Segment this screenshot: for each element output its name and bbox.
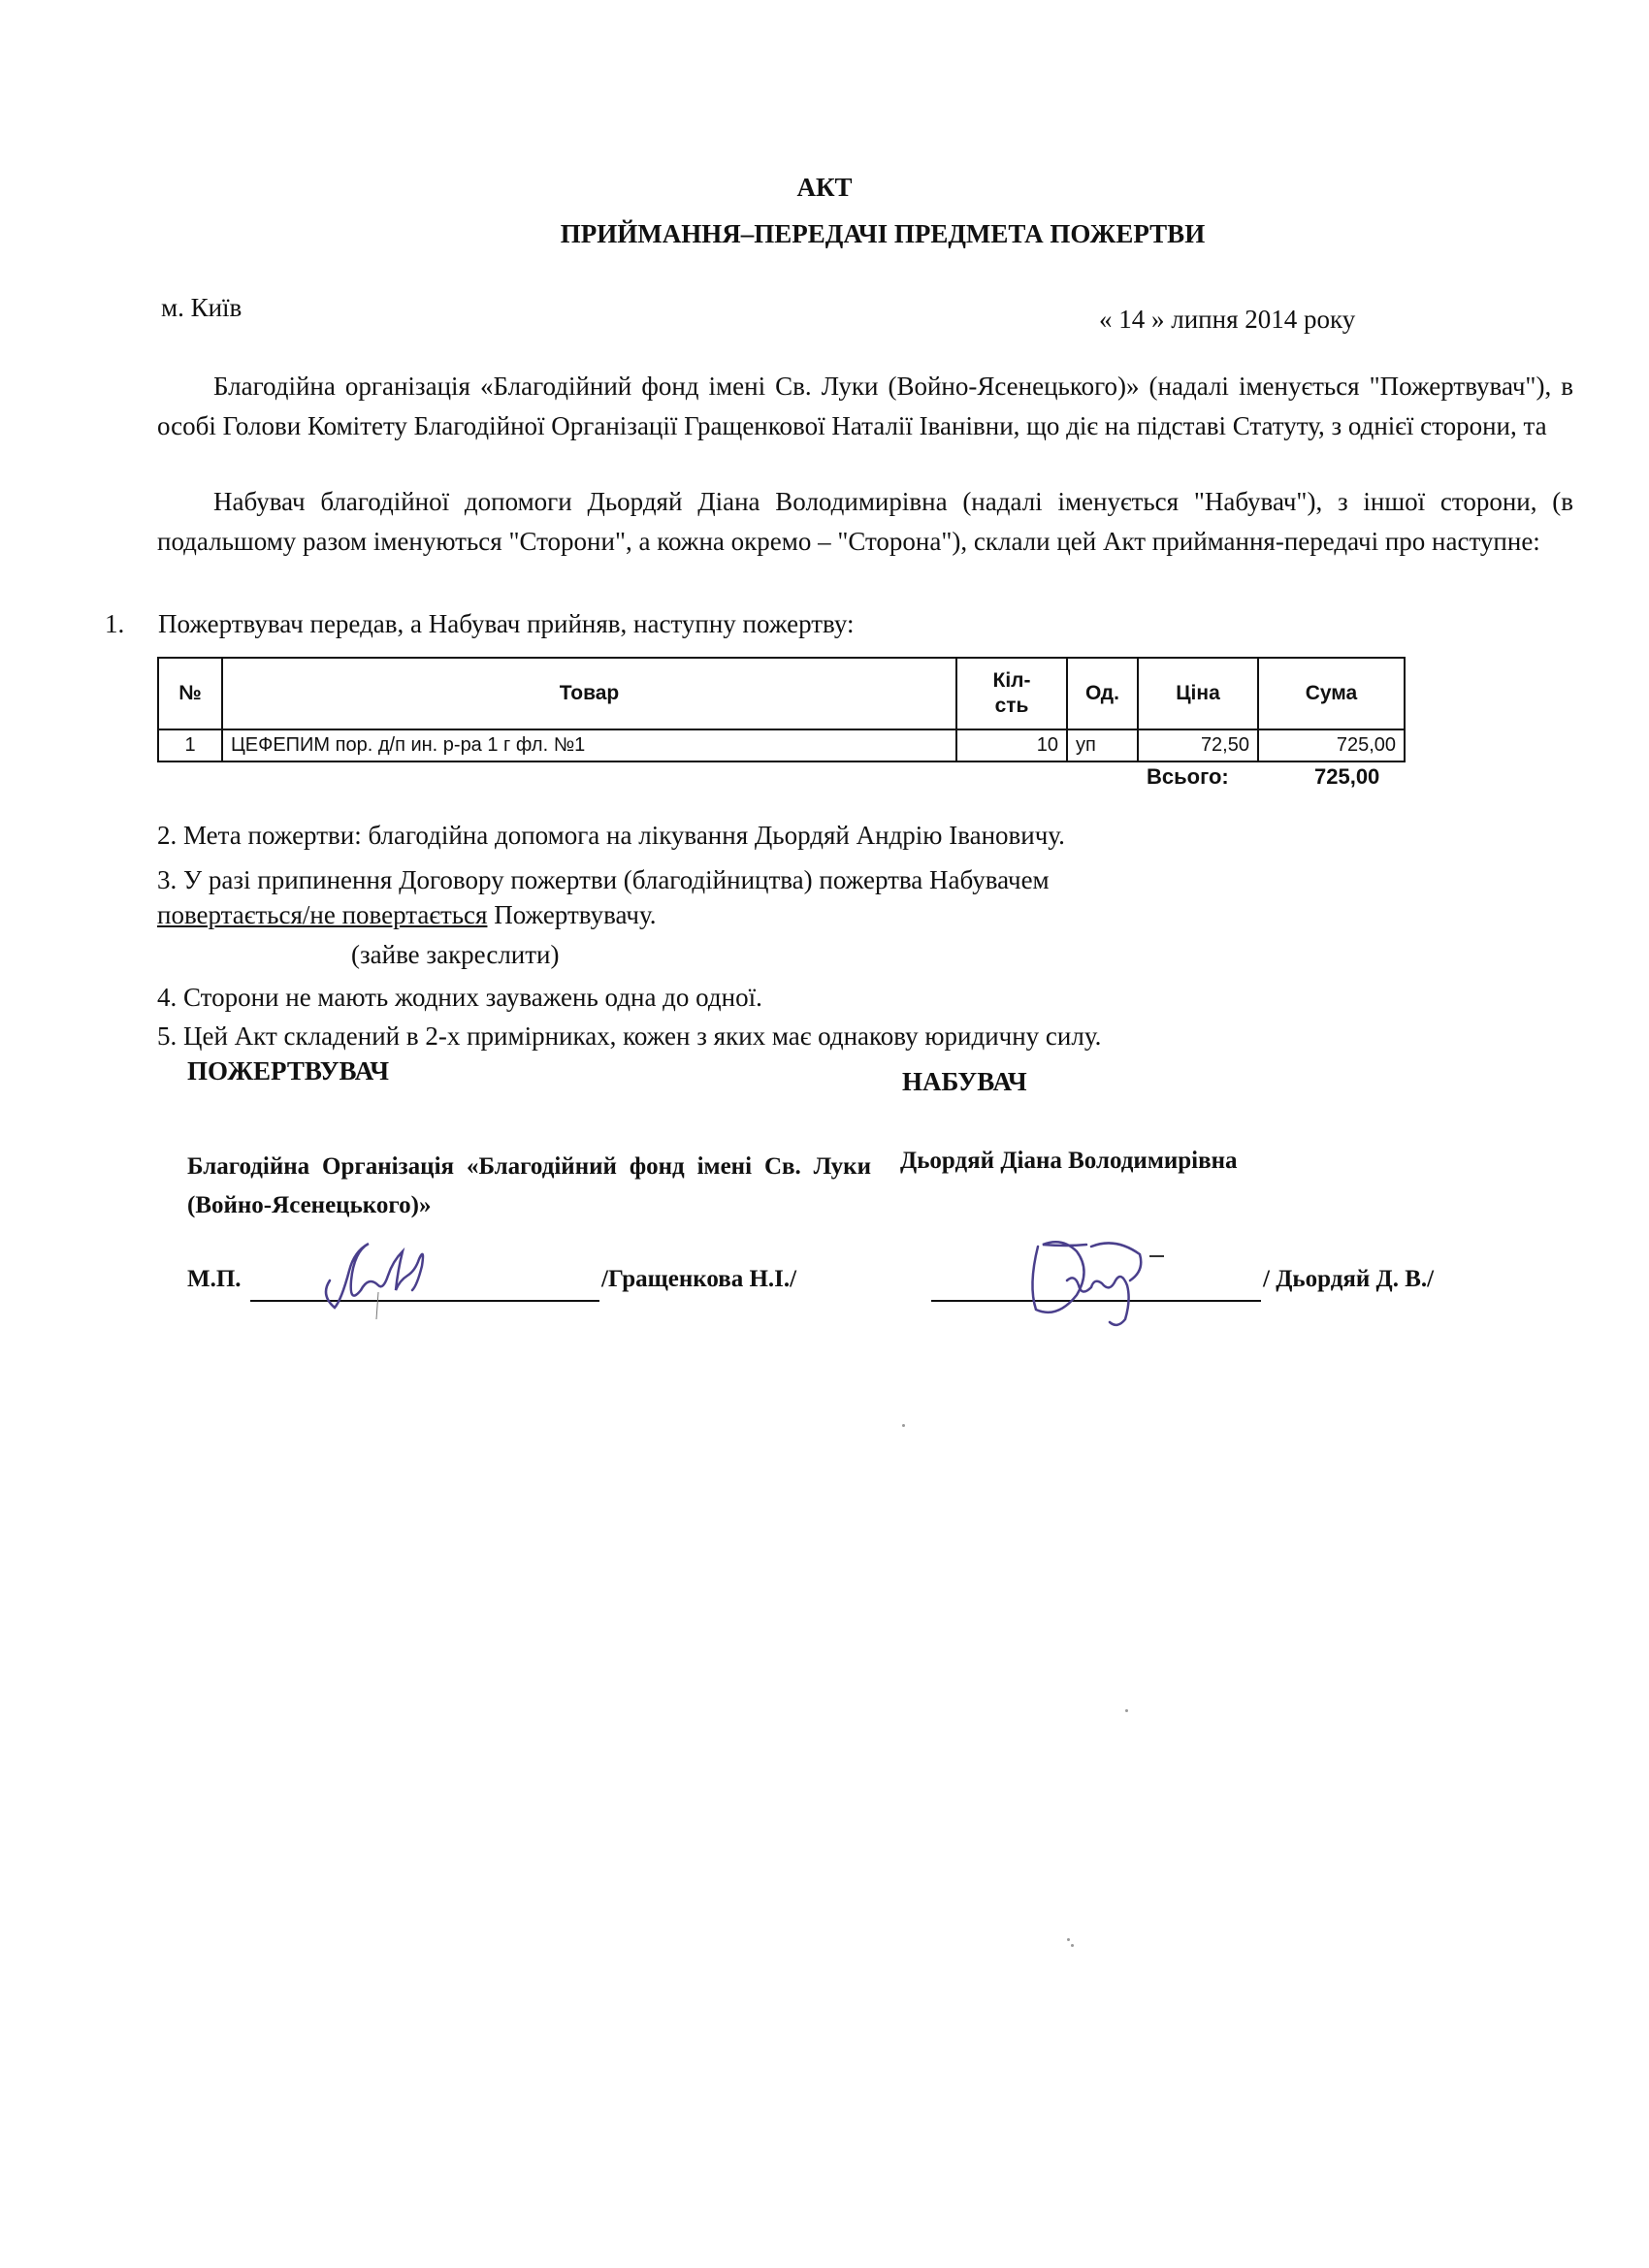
item-1: 1.Пожертвувач передав, а Набувач прийняв…	[105, 609, 855, 639]
recipient-signer: / Дьордяй Д. В./	[1263, 1266, 1434, 1293]
donor-signer: /Гращенкова Н.І./	[601, 1266, 796, 1293]
cell-unit: уп	[1067, 729, 1138, 761]
document-subtitle: ПРИЙМАННЯ–ПЕРЕДАЧІ ПРЕДМЕТА ПОЖЕРТВИ	[495, 219, 1271, 249]
paragraph-recipient-text: Набувач благодійної допомоги Дьордяй Діа…	[157, 487, 1573, 556]
city: м. Київ	[161, 293, 242, 323]
return-option: повертається/не повертається	[157, 900, 487, 929]
total-label: Всього:	[1147, 764, 1229, 790]
scan-speck	[1067, 1938, 1070, 1941]
cell-qty: 10	[956, 729, 1067, 761]
document-date: « 14 » липня 2014 року	[1099, 305, 1355, 335]
clause-4: 4. Сторони не мають жодних зауважень одн…	[157, 983, 762, 1013]
header-no: №	[158, 658, 222, 729]
header-unit: Од.	[1067, 658, 1138, 729]
cell-price: 72,50	[1138, 729, 1258, 761]
stamp-label: М.П.	[187, 1266, 242, 1293]
clause-3-tail: Пожертвувачу.	[487, 900, 656, 929]
scan-speck	[1125, 1709, 1128, 1712]
donor-organization: Благодійна Організація «Благодійний фонд…	[187, 1148, 871, 1225]
clause-3: 3. У разі припинення Договору пожертви (…	[157, 865, 1050, 895]
item-1-number: 1.	[105, 609, 158, 639]
recipient-role: НАБУВАЧ	[902, 1067, 1027, 1097]
table-header-row: № Товар Кіл- сть Од. Ціна Сума	[158, 658, 1405, 729]
clause-3-note: (зайве закреслити)	[351, 940, 559, 970]
scan-speck	[1071, 1944, 1074, 1947]
total-value: 725,00	[1314, 764, 1379, 790]
scan-speck	[902, 1424, 905, 1427]
paragraph-recipient: Набувач благодійної допомоги Дьордяй Діа…	[157, 482, 1573, 562]
header-sum: Сума	[1258, 658, 1405, 729]
header-name: Товар	[222, 658, 956, 729]
clause-5: 5. Цей Акт складений в 2-х примірниках, …	[157, 1021, 1101, 1052]
recipient-name: Дьордяй Діана Володимирівна	[900, 1148, 1238, 1175]
donor-role: ПОЖЕРТВУВАЧ	[187, 1056, 389, 1086]
paragraph-donor-text: Благодійна організація «Благодійний фонд…	[157, 372, 1573, 440]
paragraph-donor: Благодійна організація «Благодійний фонд…	[157, 367, 1573, 446]
header-qty: Кіл- сть	[956, 658, 1067, 729]
header-price: Ціна	[1138, 658, 1258, 729]
item-1-text: Пожертвувач передав, а Набувач прийняв, …	[158, 609, 855, 638]
table-row: 1 ЦЕФЕПИМ пор. д/п ин. р-ра 1 г фл. №1 1…	[158, 729, 1405, 761]
cell-name: ЦЕФЕПИМ пор. д/п ин. р-ра 1 г фл. №1	[222, 729, 956, 761]
document-title: АКТ	[0, 173, 1649, 203]
clause-2: 2. Мета пожертви: благодійна допомога на…	[157, 821, 1065, 851]
recipient-signature-icon	[1009, 1227, 1203, 1334]
donor-signature-icon	[310, 1232, 466, 1319]
clause-3-continued: повертається/не повертається Пожертвувач…	[157, 900, 657, 930]
cell-sum: 725,00	[1258, 729, 1405, 761]
goods-table: № Товар Кіл- сть Од. Ціна Сума 1 ЦЕФЕПИМ…	[157, 657, 1406, 762]
cell-no: 1	[158, 729, 222, 761]
